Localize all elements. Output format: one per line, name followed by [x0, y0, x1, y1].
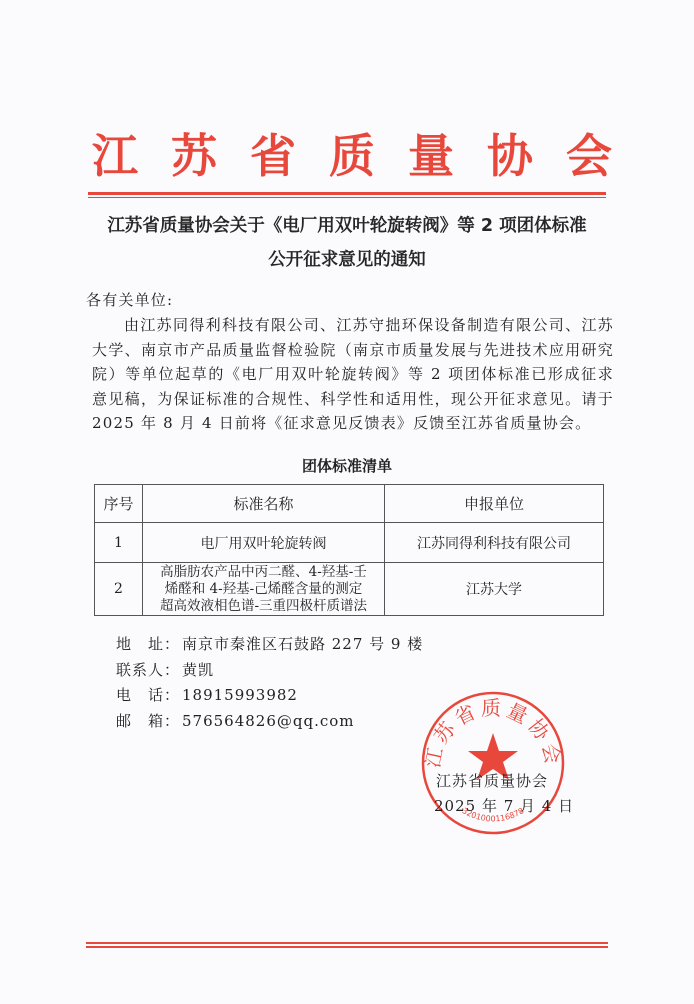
masthead-char: 江 — [92, 128, 138, 184]
table-header-row: 序号 标准名称 申报单位 — [95, 485, 604, 523]
contact-address: 地 址：南京市秦淮区石鼓路 227 号 9 楼 — [116, 632, 423, 658]
masthead-title: 江 苏 省 质 量 协 会 — [92, 128, 612, 184]
row-unit: 江苏同得利科技有限公司 — [385, 523, 604, 563]
table-row: 2 高脂肪农产品中丙二醛、4-羟基-壬 烯醛和 4-羟基-己烯醛含量的测定 超高… — [95, 563, 604, 616]
header-no: 序号 — [95, 485, 143, 523]
header-divider — [88, 192, 606, 195]
row-name-line: 高脂肪农产品中丙二醛、4-羟基-壬 — [143, 564, 384, 581]
address-label: 地 址： — [116, 632, 182, 658]
header-unit: 申报单位 — [385, 485, 604, 523]
masthead-char: 质 — [329, 128, 375, 184]
footer-divider — [86, 942, 608, 944]
contact-block: 地 址：南京市秦淮区石鼓路 227 号 9 楼 联系人：黄凯 电 话：18915… — [116, 632, 423, 734]
email-value: 576564826@qq.com — [182, 712, 355, 730]
masthead-char: 量 — [408, 128, 454, 184]
row-no: 2 — [95, 563, 143, 616]
row-name: 电厂用双叶轮旋转阀 — [143, 523, 385, 563]
row-name-line: 超高效液相色谱-三重四极杆质谱法 — [143, 598, 384, 615]
notice-title-line1: 江苏省质量协会关于《电厂用双叶轮旋转阀》等 2 项团体标准 — [60, 212, 634, 237]
signature-org: 江苏省质量协会 — [436, 770, 548, 791]
contact-person: 联系人：黄凯 — [116, 658, 423, 684]
body-paragraph: 由江苏同得利科技有限公司、江苏守拙环保设备制造有限公司、江苏大学、南京市产品质量… — [92, 313, 614, 436]
row-name-line: 烯醛和 4-羟基-己烯醛含量的测定 — [143, 581, 384, 598]
table-row: 1 电厂用双叶轮旋转阀 江苏同得利科技有限公司 — [95, 523, 604, 563]
person-label: 联系人： — [116, 658, 182, 684]
address-value: 南京市秦淮区石鼓路 227 号 9 楼 — [182, 635, 423, 653]
header-name: 标准名称 — [143, 485, 385, 523]
masthead-char: 省 — [250, 128, 296, 184]
phone-value: 18915993982 — [182, 686, 298, 704]
signature-date: 2025 年 7 月 4 日 — [434, 795, 574, 816]
footer-divider-2 — [86, 946, 608, 948]
masthead-char: 协 — [487, 128, 533, 184]
table-caption: 团体标准清单 — [0, 455, 694, 476]
masthead-char: 会 — [566, 128, 612, 184]
header-divider-thin — [88, 197, 606, 198]
masthead-char: 苏 — [171, 128, 217, 184]
row-name: 高脂肪农产品中丙二醛、4-羟基-壬 烯醛和 4-羟基-己烯醛含量的测定 超高效液… — [143, 563, 385, 616]
contact-email: 邮 箱：576564826@qq.com — [116, 709, 423, 735]
notice-title-line2: 公开征求意见的通知 — [60, 246, 634, 271]
phone-label: 电 话： — [116, 683, 182, 709]
person-value: 黄凯 — [182, 661, 214, 679]
contact-phone: 电 话：18915993982 — [116, 683, 423, 709]
row-unit: 江苏大学 — [385, 563, 604, 616]
standards-table: 序号 标准名称 申报单位 1 电厂用双叶轮旋转阀 江苏同得利科技有限公司 2 高… — [94, 484, 604, 616]
salutation: 各有关单位: — [86, 288, 173, 313]
email-label: 邮 箱： — [116, 709, 182, 735]
row-no: 1 — [95, 523, 143, 563]
